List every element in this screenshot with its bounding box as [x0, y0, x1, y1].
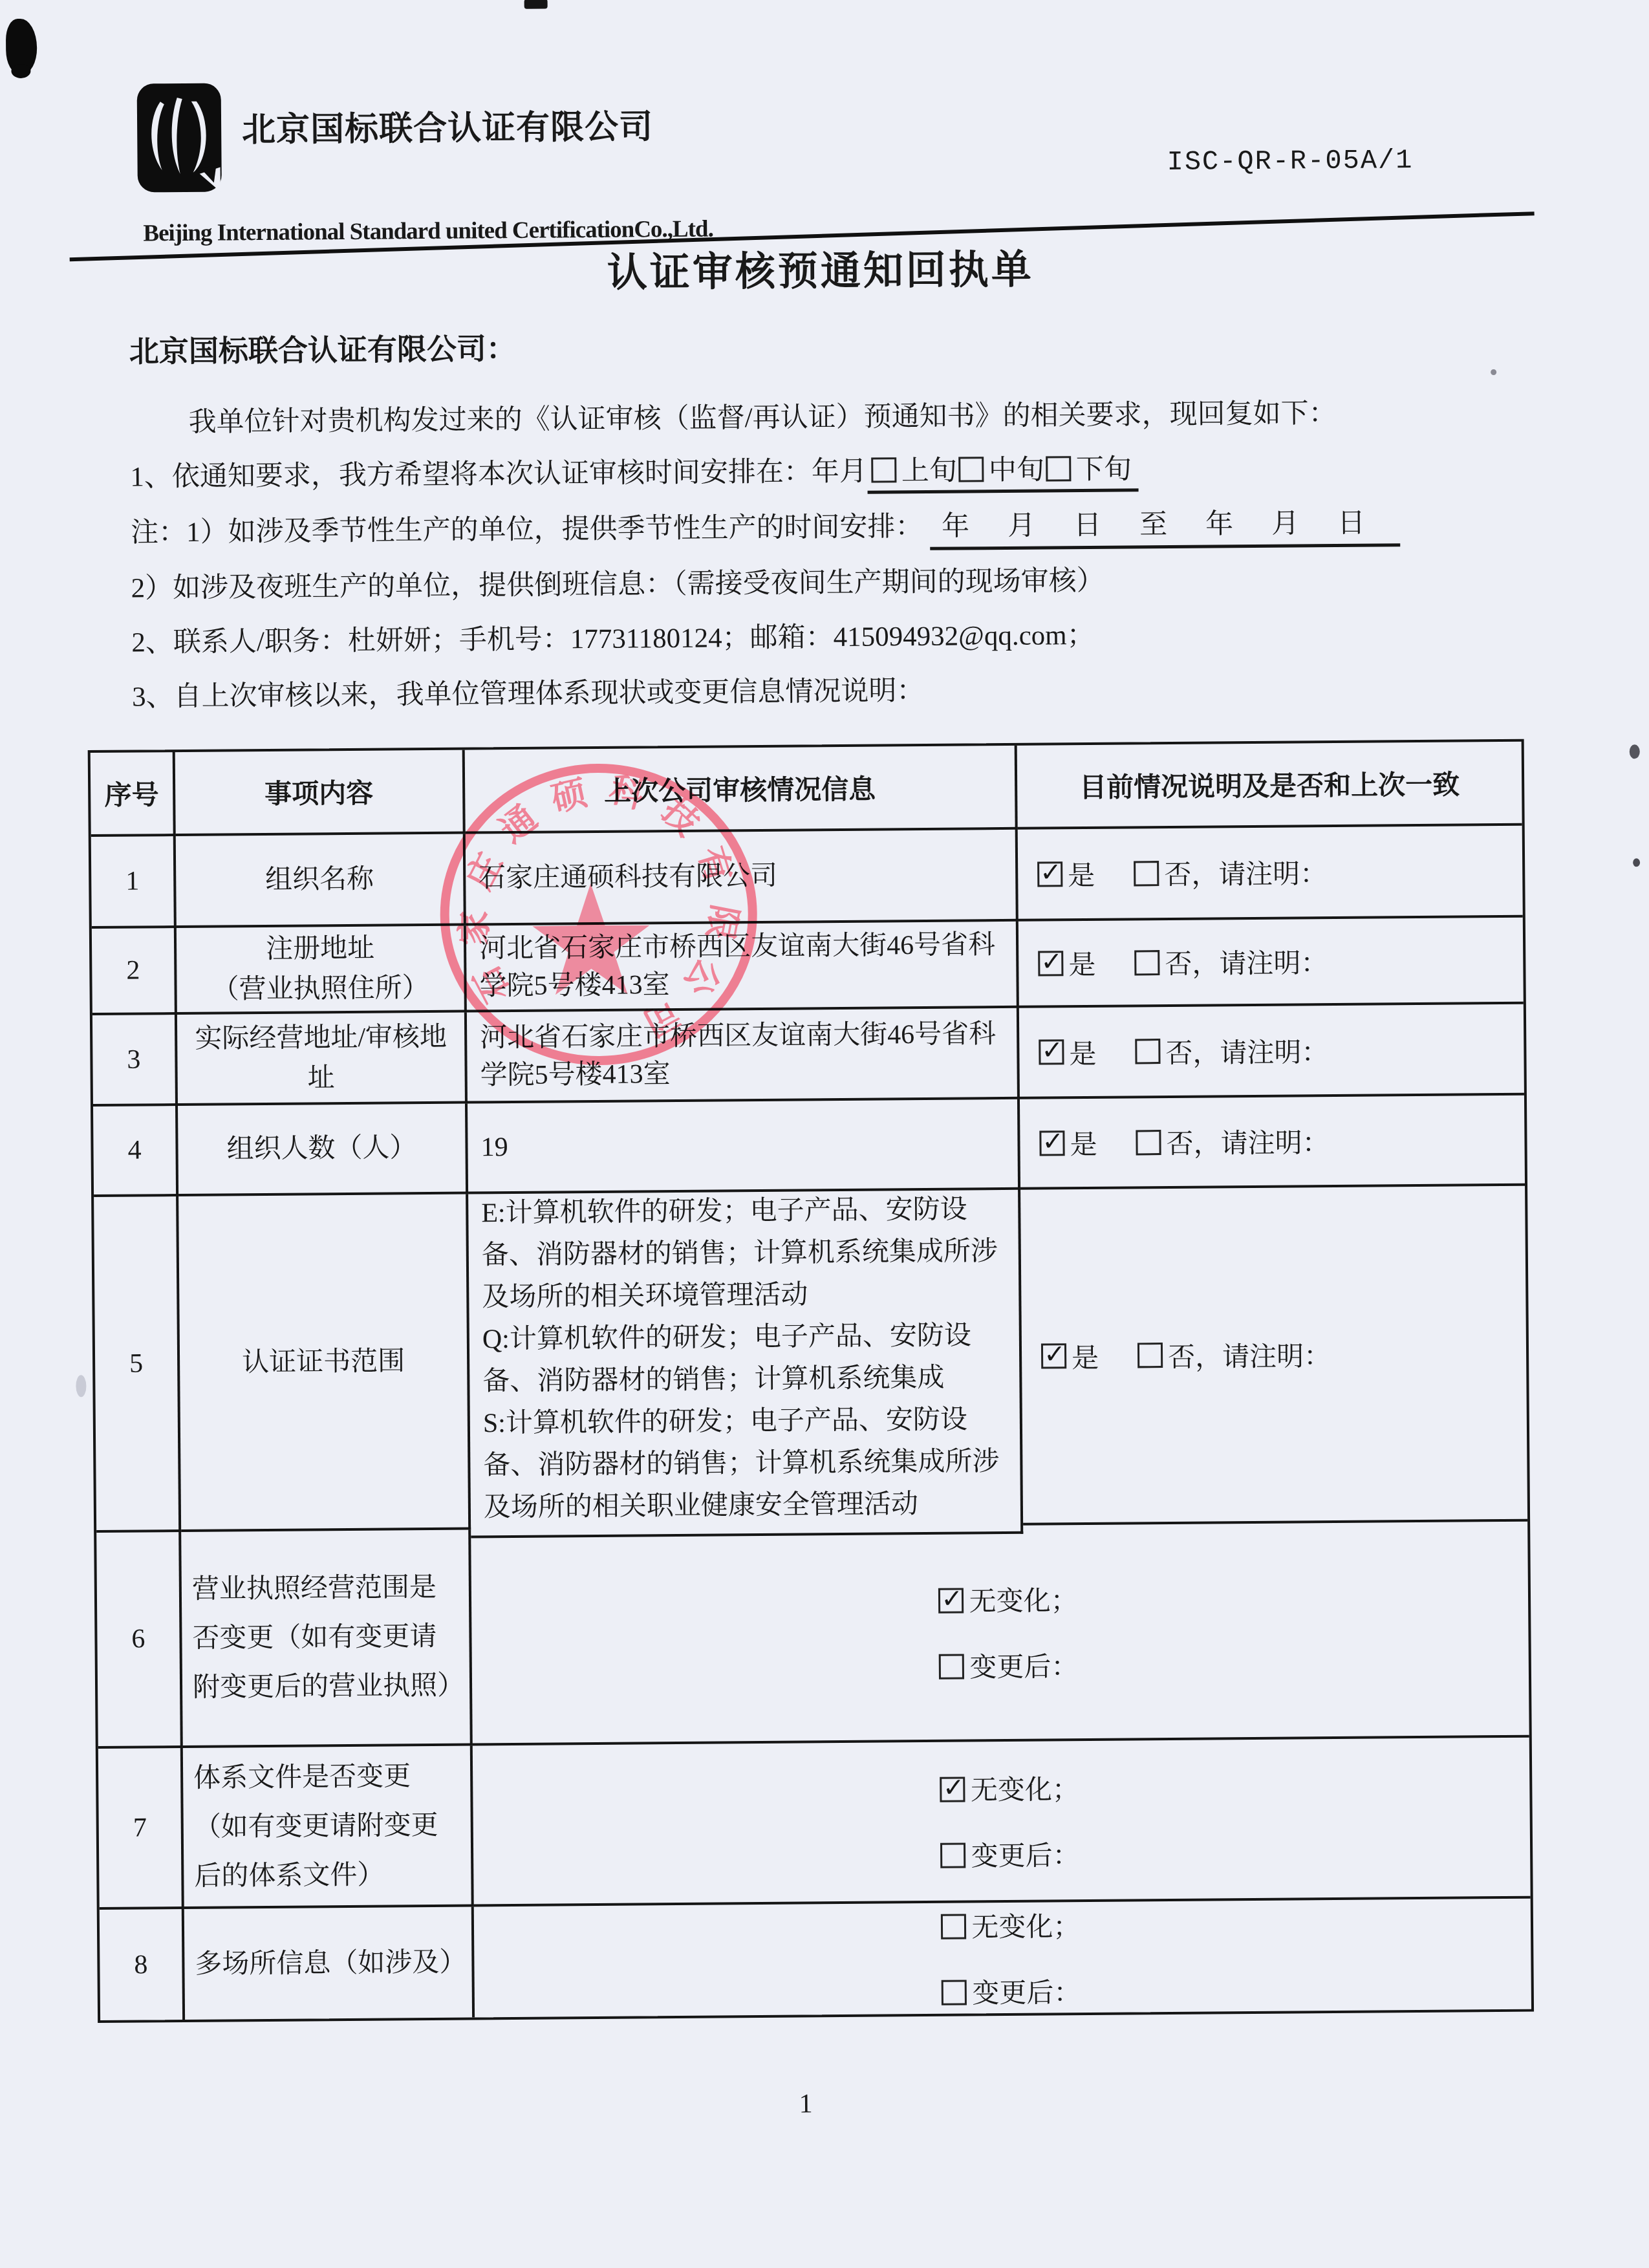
row1-current: 是否，请注明：: [1018, 826, 1523, 922]
checkbox-icon: [1046, 456, 1071, 481]
audit-info-table: 序号 事项内容 上次公司审核情况信息 目前情况说明及是否和上次一致 1 组织名称…: [88, 739, 1534, 2023]
no-label: 否，请注明：: [1168, 1335, 1331, 1375]
no-label: 否，请注明：: [1164, 852, 1327, 892]
checkbox-icon: [942, 1980, 967, 2005]
option-no-change: 无变化；: [940, 1905, 1080, 1945]
scan-artifact: [524, 0, 548, 9]
yes-label: 是: [1072, 1336, 1099, 1375]
checkbox-icon: [958, 457, 984, 482]
checkbox-icon: [941, 1914, 966, 1939]
col-header-item: 事项内容: [175, 750, 466, 837]
checkbox-icon: [871, 457, 896, 482]
row5-no: 5: [94, 1196, 181, 1533]
yes-label: 是: [1070, 1123, 1097, 1162]
page-number: 1: [10, 2082, 1601, 2126]
option-changed: 变更后：: [939, 1834, 1079, 1874]
row6-no: 6: [96, 1532, 183, 1749]
row6-item: 营业执照经营范围是否变更（如有变更请附变更后的营业执照）: [181, 1529, 473, 1748]
row7-item: 体系文件是否变更（如有变更请附变更后的体系文件）: [183, 1745, 474, 1909]
no-change-label: 无变化；: [971, 1912, 1080, 1943]
salutation: 北京国标联合认证有限公司：: [129, 330, 516, 371]
no-label: 否，请注明：: [1165, 942, 1328, 982]
scan-artifact: [1630, 744, 1640, 759]
row8-item: 多场所信息（如涉及）: [184, 1906, 475, 2020]
option-early-month: 上旬: [901, 456, 957, 487]
row1-no: 1: [91, 836, 177, 929]
checked-checkbox-icon: [1037, 861, 1062, 887]
row2-info: 河北省石家庄市桥西区友谊南大街46号省科学院5号楼413室: [466, 922, 1019, 1013]
yes-label: 是: [1068, 854, 1095, 893]
row5-current: 是否，请注明：: [1020, 1186, 1527, 1526]
row6-options: 无变化； 变更后：: [471, 1522, 1529, 1746]
checkbox-icon: [1137, 1343, 1163, 1368]
note1-seasonal: 注：1）如涉及季节性生产的单位，提供季节性生产的时间安排： 年 月 日 至 年 …: [131, 506, 1401, 550]
changed-label: 变更后：: [972, 1978, 1081, 2009]
checked-checkbox-icon: [1039, 1130, 1064, 1156]
intro-paragraph: 我单位针对贵机构发过来的《认证审核（监督/再认证）预通知书》的相关要求，现回复如…: [189, 396, 1337, 440]
checked-checkbox-icon: [938, 1588, 964, 1614]
col-header-no: 序号: [91, 752, 176, 837]
row8-no: 8: [100, 1909, 185, 2020]
scope-s: S:计算机软件的研发；电子产品、安防设备、消防器材的销售；计算机系统集成所涉及场…: [483, 1398, 1012, 1528]
checked-checkbox-icon: [1038, 951, 1063, 976]
yes-label: 是: [1069, 1032, 1096, 1071]
col-header-last-audit: 上次公司审核情况信息: [465, 746, 1018, 834]
company-logo-icon: [136, 81, 223, 193]
checkbox-icon: [1134, 861, 1159, 886]
option-no-change: 无变化；: [937, 1579, 1077, 1619]
changed-label: 变更后：: [971, 1841, 1079, 1872]
yes-label: 是: [1068, 944, 1095, 982]
checkbox-icon: [1135, 1039, 1160, 1064]
scope-q: Q:计算机软件的研发；电子产品、安防设备、消防器材的销售；计算机系统集成: [482, 1314, 1011, 1402]
option-changed: 变更后：: [938, 1645, 1078, 1685]
row7-no: 7: [98, 1748, 184, 1910]
row4-current: 是否，请注明：: [1020, 1096, 1525, 1190]
row5-item: 认证证书范围: [178, 1194, 471, 1533]
option-changed: 变更后：: [940, 1971, 1081, 2011]
document-code: ISC-QR-R-05A/1: [1167, 145, 1413, 178]
page-title: 认证审核预通知回执单: [0, 232, 1645, 303]
checked-checkbox-icon: [940, 1777, 965, 1802]
checkbox-icon: [1136, 1130, 1161, 1155]
scan-artifact: [1491, 369, 1496, 375]
row3-no: 3: [92, 1015, 178, 1107]
scan-artifact: [11, 64, 30, 78]
row2-item: 注册地址 （营业执照住所）: [177, 926, 467, 1015]
row2-item-line2: （营业执照住所）: [211, 968, 429, 1010]
no-label: 否，请注明：: [1166, 1121, 1329, 1161]
row3-current: 是否，请注明：: [1019, 1004, 1524, 1099]
item1-underlined-options: 上旬中旬下旬: [867, 454, 1138, 493]
row1-info: 石家庄通硕科技有限公司: [466, 830, 1018, 926]
item1-audit-time: 1、依通知要求，我方希望将本次认证审核时间安排在：年月上旬中旬下旬: [130, 452, 1138, 495]
row1-item: 组织名称: [176, 834, 466, 929]
item3-change-info: 3、自上次审核以来，我单位管理体系现状或变更信息情况说明：: [132, 674, 925, 715]
checked-checkbox-icon: [1039, 1039, 1064, 1064]
row7-options: 无变化； 变更后：: [473, 1738, 1531, 1907]
scanned-document-page: 北京国标联合认证有限公司 Beijing International Stand…: [0, 0, 1649, 2268]
scan-artifact: [76, 1375, 86, 1397]
row5-info: E:计算机软件的研发；电子产品、安防设备、消防器材的销售；计算机系统集成所涉及场…: [468, 1182, 1023, 1538]
row3-item: 实际经营地址/审核地址: [177, 1013, 468, 1107]
no-change-label: 无变化；: [971, 1775, 1079, 1806]
option-no-change: 无变化；: [939, 1768, 1079, 1808]
row4-info: 19: [468, 1099, 1020, 1194]
row4-item: 组织人数（人）: [178, 1104, 468, 1197]
option-mid-month: 中旬: [989, 455, 1044, 486]
changed-label: 变更后：: [969, 1652, 1078, 1683]
note2-night-shift: 2）如涉及夜班生产的单位，提供倒班信息：（需接受夜间生产期间的现场审核）: [131, 564, 1105, 607]
row2-current: 是否，请注明：: [1018, 918, 1524, 1008]
note1-date-blanks: 年 月 日 至 年 月 日: [930, 508, 1400, 550]
document-sheet: 北京国标联合认证有限公司 Beijing International Stand…: [0, 0, 1649, 2268]
row8-options: 无变化； 变更后：: [474, 1899, 1531, 2018]
note1-prefix: 注：1）如涉及季节性生产的单位，提供季节性生产的时间安排：: [131, 512, 923, 548]
item1-prefix: 1、依通知要求，我方希望将本次认证审核时间安排在：年月: [130, 457, 867, 493]
option-late-month: 下旬: [1076, 454, 1132, 485]
no-change-label: 无变化；: [969, 1586, 1077, 1617]
checked-checkbox-icon: [1041, 1343, 1066, 1368]
row3-info: 河北省石家庄市桥西区友谊南大街46号省科学院5号楼413室: [467, 1008, 1020, 1104]
item2-contact: 2、联系人/职务：杜妍妍；手机号：17731180124；邮箱：41509493…: [131, 618, 1095, 660]
no-label: 否，请注明：: [1165, 1031, 1328, 1071]
col-header-current: 目前情况说明及是否和上次一致: [1017, 742, 1522, 830]
checkbox-icon: [1134, 950, 1159, 975]
checkbox-icon: [939, 1654, 964, 1679]
checkbox-icon: [940, 1842, 965, 1868]
company-name-zh: 北京国标联合认证有限公司: [242, 99, 654, 151]
row2-no: 2: [92, 928, 177, 1015]
row4-no: 4: [93, 1106, 178, 1197]
scope-e: E:计算机软件的研发；电子产品、安防设备、消防器材的销售；计算机系统集成所涉及场…: [481, 1188, 1010, 1318]
row2-item-line1: 注册地址: [266, 929, 374, 969]
scan-artifact: [1633, 858, 1640, 867]
